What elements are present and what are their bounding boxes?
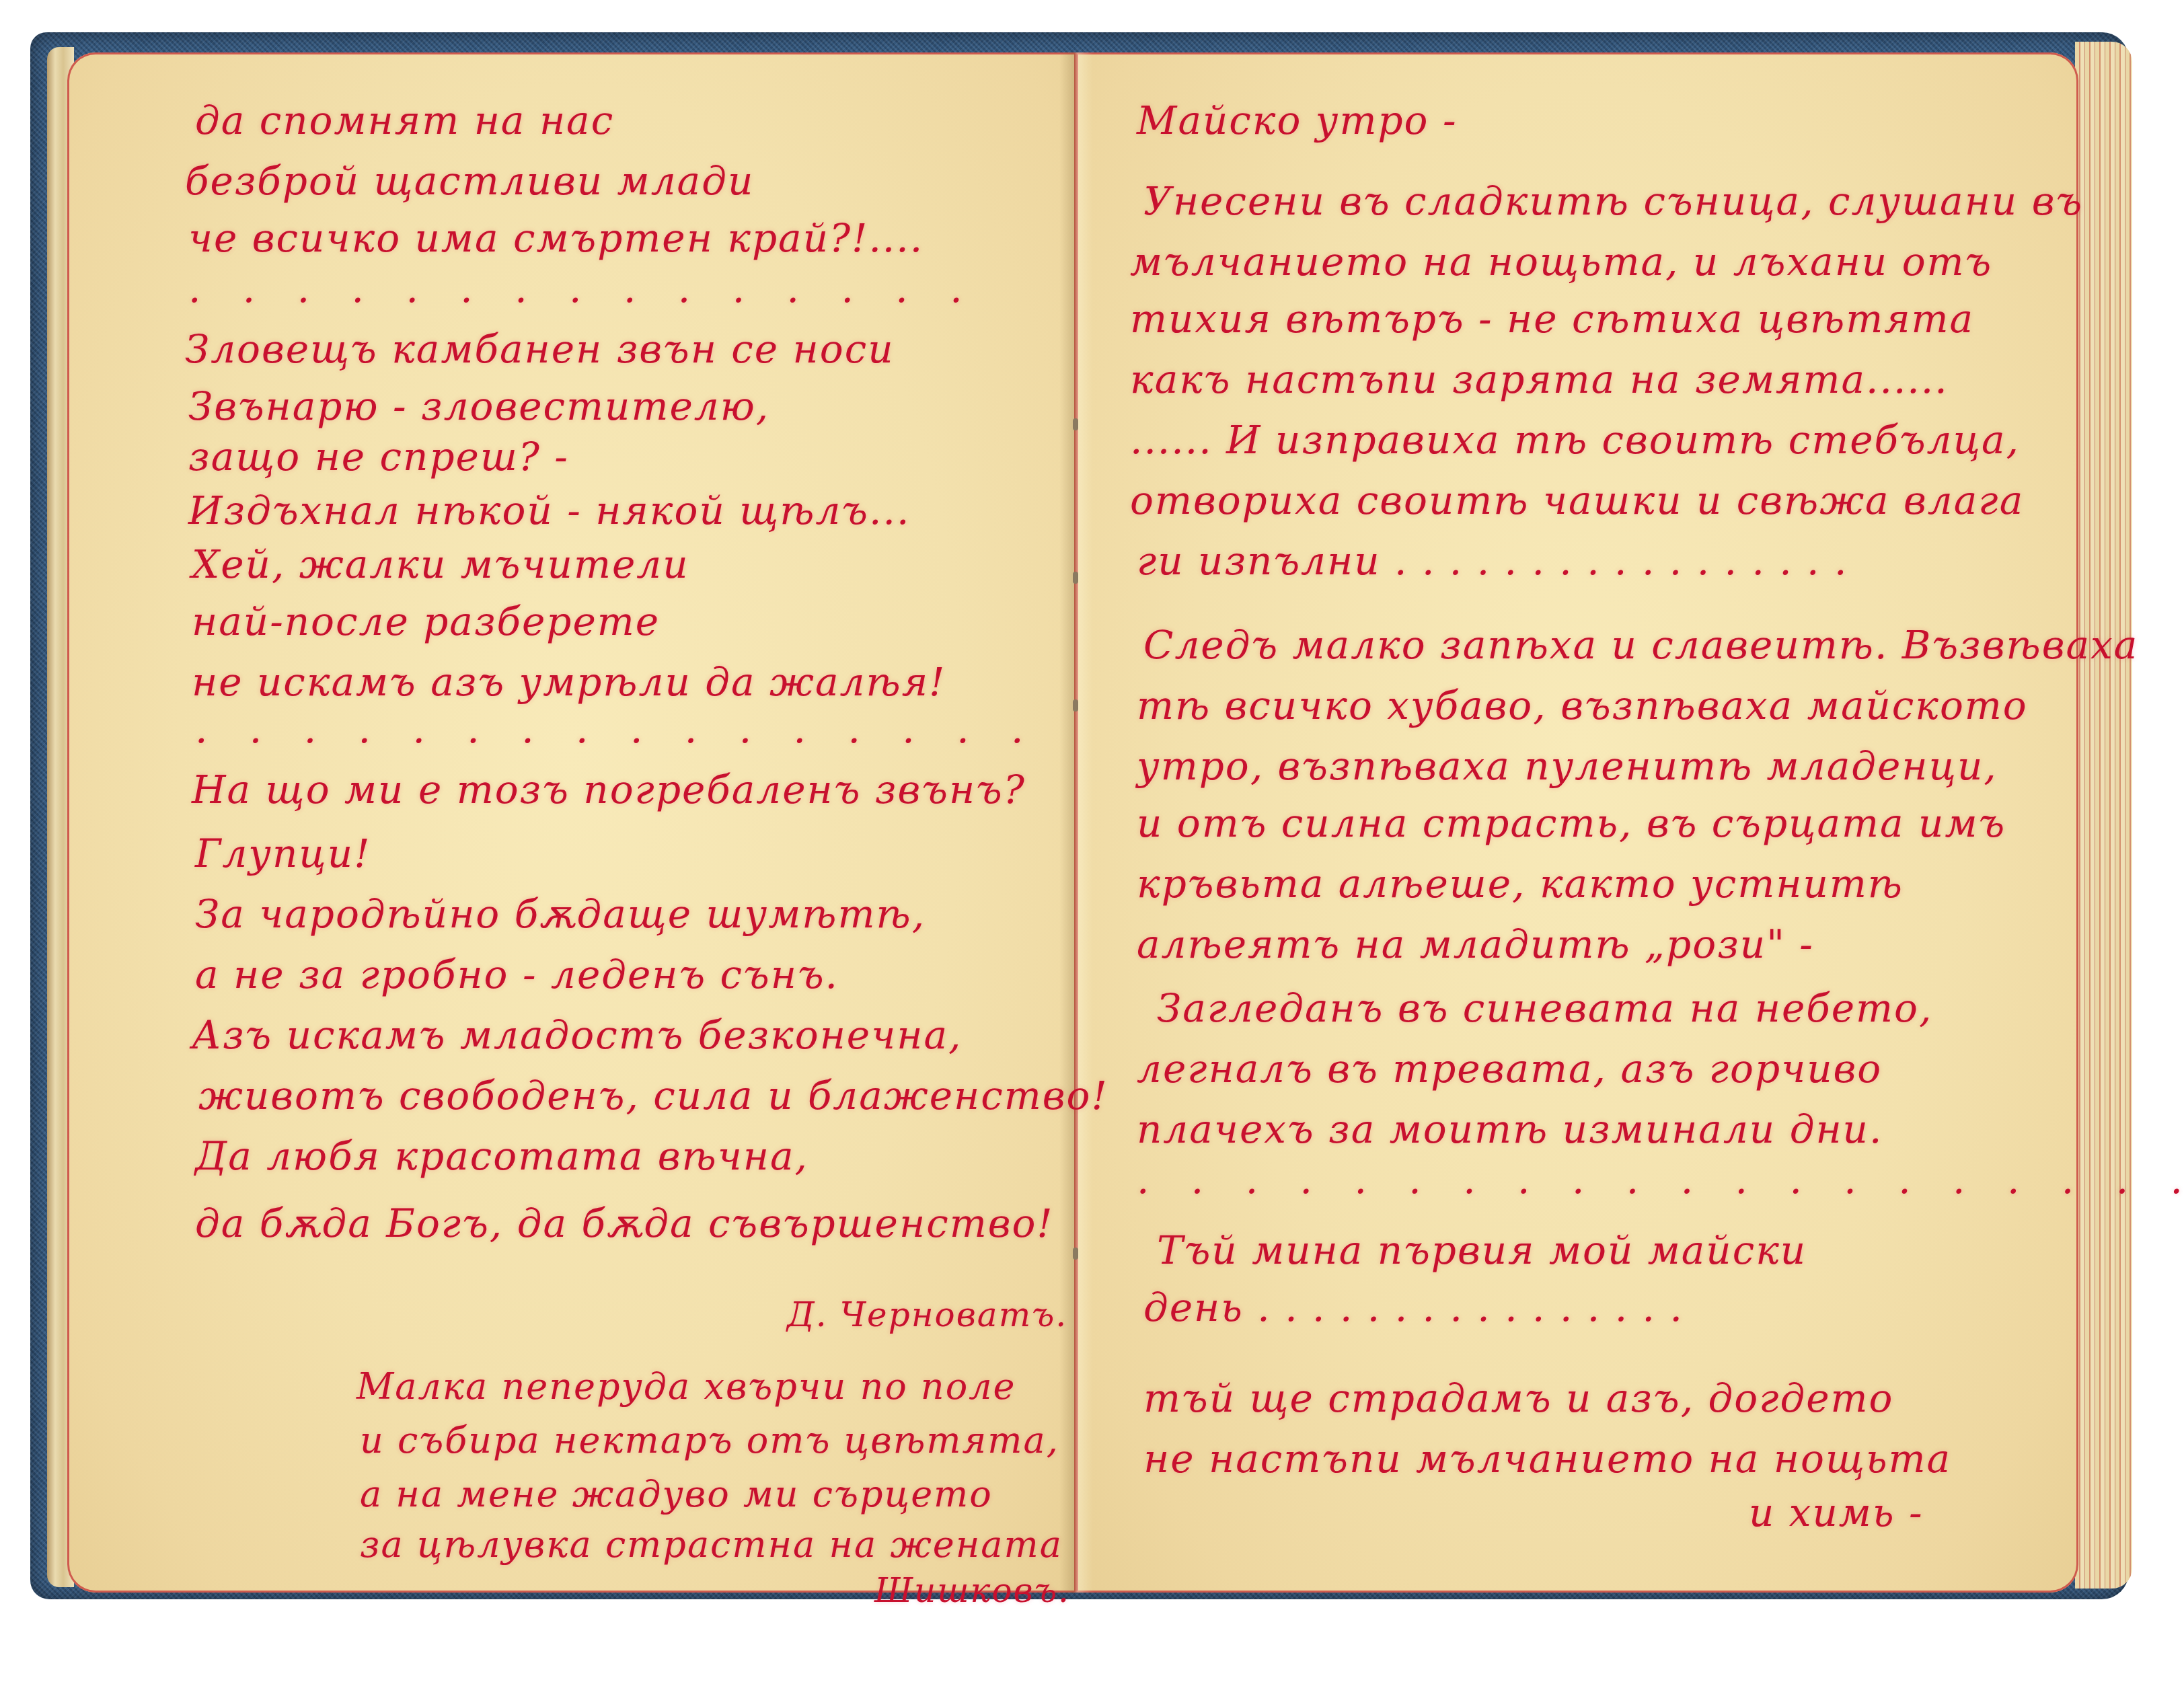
poem-line: да бѫда Богъ, да бѫда съвършенство! bbox=[195, 1204, 1054, 1243]
poem-line: да спомнят на нас bbox=[195, 101, 614, 140]
prose-line: утро, възпѣваха пуленитѣ младенци, bbox=[1137, 747, 1998, 786]
prose-line: Следъ малко запѣха и славеитѣ. Възвѣваха bbox=[1143, 625, 2138, 664]
prose-line: отвориха своитѣ чашки и свѣжа влага bbox=[1130, 481, 2024, 520]
poem-line: Издъхнал нѣкой - някой щѣлъ... bbox=[188, 491, 910, 530]
prose-line: и отъ силна страсть, въ сърцата имъ bbox=[1137, 804, 2006, 843]
prose-line: мълчанието на нощьта, и лъхани отъ bbox=[1130, 242, 1992, 281]
prose-line: тъй ще страдамъ и азъ, догдето bbox=[1143, 1379, 1894, 1418]
verse-line: а на мене жадуво ми сърцето bbox=[360, 1476, 993, 1513]
poem-line: а не за гробно - леденъ сънъ. bbox=[195, 955, 839, 994]
poem-line: най-после разберете bbox=[192, 602, 660, 641]
poem-line: Зловещъ камбанен звън се носи bbox=[185, 330, 895, 369]
binding-stitch bbox=[1073, 572, 1078, 584]
prose-line: кръвьта алѣеше, както устнитѣ bbox=[1137, 864, 1904, 903]
prose-line: Загледанъ въ синевата на небето, bbox=[1157, 989, 1932, 1028]
entry-title: Майско утро - bbox=[1137, 101, 1458, 140]
poem-line: не искамъ азъ умрѣли да жалѣя! bbox=[192, 662, 946, 701]
prose-line: день . . . . . . . . . . . . . . . . bbox=[1143, 1288, 1684, 1327]
verse-line: и събира нектаръ отъ цвѣтята, bbox=[360, 1422, 1059, 1459]
right-page-stack bbox=[2075, 42, 2132, 1589]
spine-gutter bbox=[1059, 52, 1093, 1593]
poem-line: Да любя красотата вѣчна, bbox=[195, 1137, 808, 1176]
dotted-separator: . . . . . . . . . . . . . . . . . . . . … bbox=[1137, 1160, 2184, 1199]
verse-line: за цѣлувка страстна на жената bbox=[360, 1527, 1063, 1563]
poem-line: Глупци! bbox=[195, 834, 371, 873]
prose-line: алѣеятъ на младитѣ „рози" - bbox=[1137, 925, 1814, 964]
poem-line: Звънарю - зловестителю, bbox=[188, 387, 769, 426]
prose-line: ги изпълни . . . . . . . . . . . . . . .… bbox=[1137, 541, 1848, 580]
binding-stitch bbox=[1073, 1248, 1078, 1260]
poem-line: защо не спреш? - bbox=[188, 437, 569, 476]
poem-line: че всичко има смъртен край?!.... bbox=[188, 219, 924, 258]
binding-stitch bbox=[1073, 418, 1078, 430]
poem-line: За чародѣйно бѫдаще шумѣтѣ, bbox=[195, 894, 926, 933]
poem-line: безброй щастливи млади bbox=[185, 161, 754, 200]
dotted-separator: . . . . . . . . . . . . . . . bbox=[188, 269, 977, 308]
verse-line: Малка пеперуда хвърчи по поле bbox=[356, 1369, 1016, 1405]
prose-line: легналъ въ тревата, азъ горчиво bbox=[1137, 1049, 1882, 1088]
closing-word: и химь - bbox=[1749, 1493, 1924, 1532]
prose-line: не настъпи мълчанието на нощьта bbox=[1143, 1439, 1951, 1478]
signature: Шишковъ. bbox=[874, 1574, 1070, 1607]
poem-line: Хей, жалки мъчители bbox=[192, 545, 689, 584]
prose-line: тихия вѣтъръ - не сѣтиха цвѣтята bbox=[1130, 299, 1974, 338]
poem-line: животъ свободенъ, сила и блаженство! bbox=[198, 1076, 1108, 1115]
signature: Д. Черноватъ. bbox=[787, 1298, 1067, 1332]
prose-line: Тъй мина първия мой майски bbox=[1157, 1231, 1807, 1270]
poem-line: Азъ искамъ младостъ безконечна, bbox=[192, 1016, 962, 1055]
poem-line: На що ми е тозъ погребаленъ звънъ? bbox=[192, 770, 1026, 809]
prose-line: какъ настъпи зарята на земята...... bbox=[1130, 360, 1949, 399]
prose-line: ...... И изправиха тѣ своитѣ стебълца, bbox=[1130, 420, 2020, 459]
prose-line: Унесени въ сладкитѣ съница, слушани въ bbox=[1143, 182, 2083, 221]
prose-line: плачехъ за моитѣ изминали дни. bbox=[1137, 1110, 1883, 1149]
binding-stitch bbox=[1073, 699, 1078, 712]
dotted-separator: . . . . . . . . . . . . . . . . bbox=[195, 710, 1039, 749]
prose-line: тѣ всичко хубаво, възпѣваха майското bbox=[1137, 686, 2028, 725]
